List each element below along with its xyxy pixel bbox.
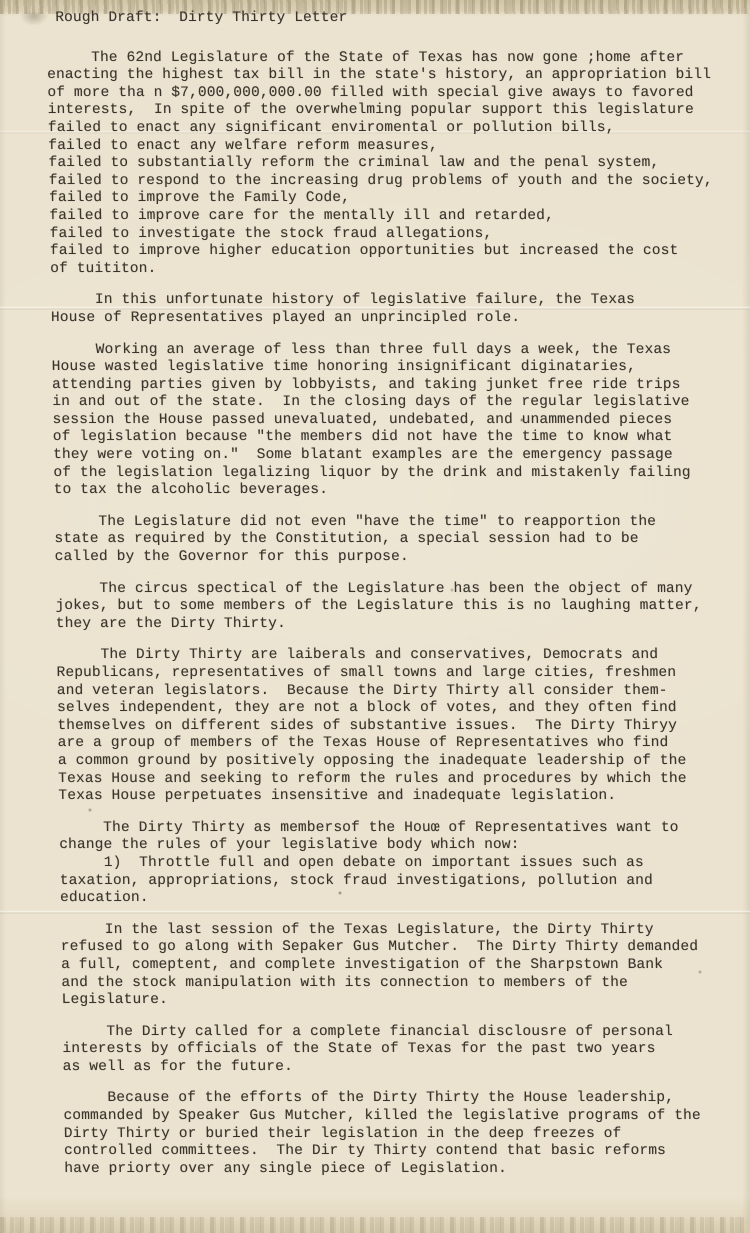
- paragraph-2: In this unfortunate history of legislati…: [51, 292, 715, 327]
- paragraph-3: Working an average of less than three fu…: [51, 342, 717, 500]
- page-title: Rough Draft: Dirty Thirty Letter: [46, 10, 710, 28]
- paragraph-7: The Dirty Thirty as membersof the Houœ o…: [59, 820, 724, 908]
- paragraph-4: The Legislature did not even "have the t…: [54, 514, 719, 567]
- paragraph-9: The Dirty called for a complete financia…: [62, 1024, 727, 1077]
- paragraph-8: In the last session of the Texas Legisla…: [60, 922, 725, 1010]
- scan-edge-bottom: [0, 1217, 750, 1233]
- paragraph-6: The Dirty Thirty are laiberals and conse…: [56, 647, 722, 805]
- paragraph-10: Because of the efforts of the Dirty Thir…: [63, 1090, 728, 1178]
- paragraph-5: The circus spectical of the Legislature …: [55, 581, 720, 634]
- typewritten-text-block: Rough Draft: Dirty Thirty Letter The 62n…: [0, 0, 729, 1192]
- paragraph-1: The 62nd Legislature of the State of Tex…: [47, 50, 714, 279]
- document-page: Rough Draft: Dirty Thirty Letter The 62n…: [0, 0, 750, 1233]
